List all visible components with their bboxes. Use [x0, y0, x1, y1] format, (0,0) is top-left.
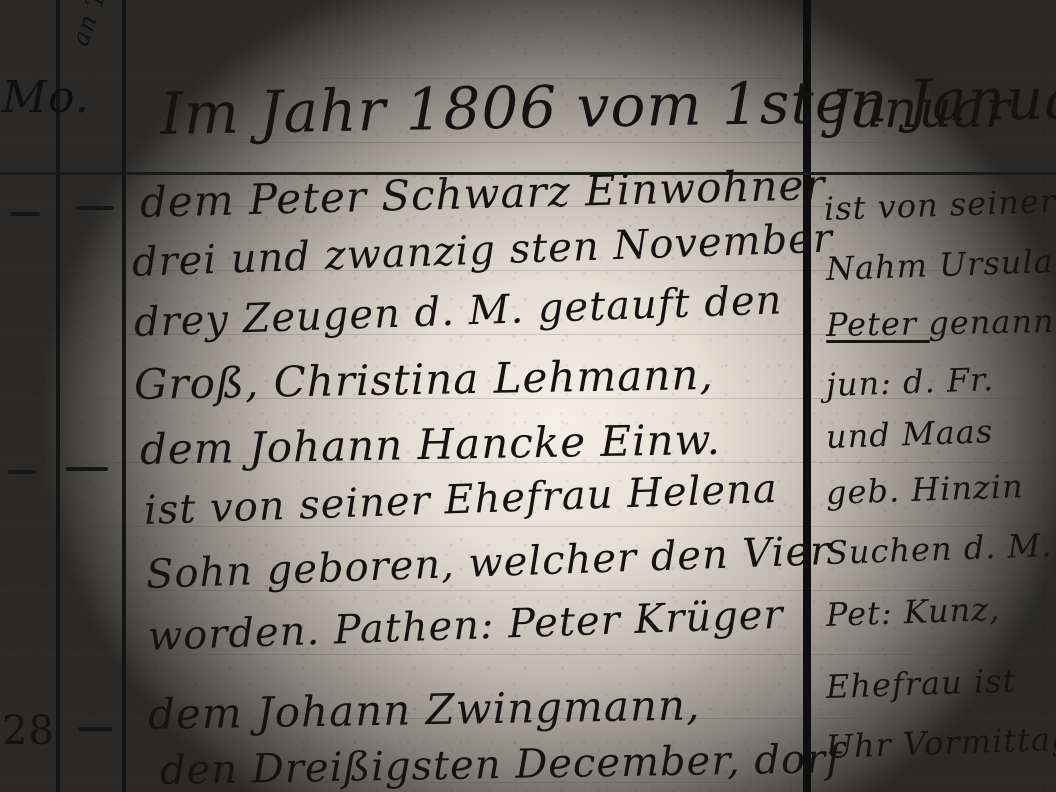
right-entry-line: Ehefrau ist: [825, 661, 1017, 706]
header-month-continued: Januar: [830, 80, 1011, 140]
name-underline: [826, 340, 930, 343]
margin-dash: [78, 727, 112, 731]
margin-day-number: 28: [2, 708, 55, 754]
entry-line: den Dreißigsten December, dorf: [160, 736, 843, 792]
right-entry-line: Nahm Ursula: [825, 242, 1054, 288]
entry-line: dem Johann Zwingmann,: [148, 680, 701, 739]
right-entry-line: jun: d. Fr.: [825, 360, 994, 404]
entry-line: Sohn geboren, welcher den Vier: [145, 528, 831, 598]
margin-month-note: Mo.: [2, 72, 90, 123]
right-entry-line: Pet: Kunz,: [825, 590, 1001, 634]
entry-line: worden. Pathen: Peter Krüger: [147, 592, 784, 660]
entry-line: drei und zwanzig sten November: [131, 216, 833, 286]
right-entry-line: Uhr Vormittag: [825, 719, 1056, 766]
margin-day-note: an Tag: [66, 0, 122, 50]
column-rule-2: [122, 0, 126, 792]
margin-dash: [76, 206, 114, 210]
entry-line: Groß, Christina Lehmann,: [134, 350, 715, 409]
right-entry-line: und Maas: [825, 412, 993, 456]
margin-dash: [66, 467, 108, 471]
right-entry-line: Peter genannt: [826, 302, 1056, 344]
right-entry-line: ist von seiner: [823, 182, 1056, 228]
register-page: Im Jahr 1806 vom 1sten Januar Mo. an Tag…: [0, 0, 1056, 792]
margin-dash: [10, 212, 40, 216]
entry-line: dem Johann Hancke Einw.: [140, 415, 722, 474]
margin-dash: [8, 470, 36, 474]
right-entry-line: Suchen d. M.: [825, 526, 1053, 572]
entry-line: dem Peter Schwarz Einwohner: [139, 160, 826, 227]
right-entry-line: geb. Hinzin: [825, 467, 1024, 512]
entry-line: drey Zeugen d. M. getauft den: [133, 277, 783, 346]
entry-line: ist von seiner Ehefrau Helena: [143, 466, 778, 534]
